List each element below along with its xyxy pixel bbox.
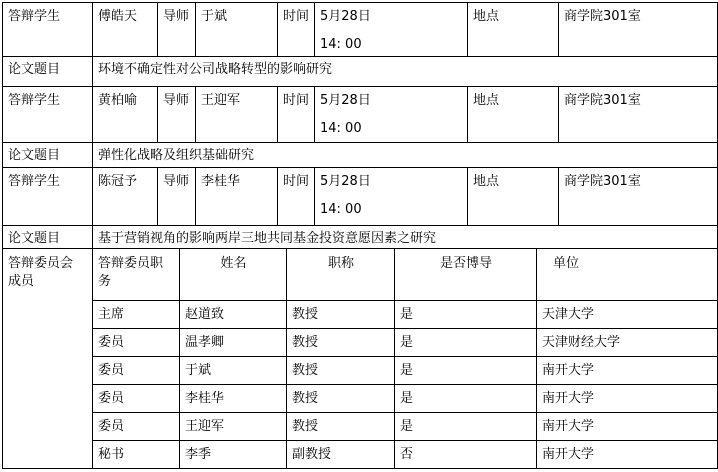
advisor-name: 王迎军	[196, 87, 278, 143]
member-doctoral: 是	[395, 301, 537, 329]
advisor-name: 于斌	[196, 3, 278, 57]
member-unit: 南开大学	[537, 413, 718, 441]
member-doctoral: 是	[395, 413, 537, 441]
location-label: 地点	[468, 168, 559, 226]
location-label: 地点	[468, 3, 559, 57]
advisor-label: 导师	[158, 3, 196, 57]
member-role: 主席	[93, 301, 180, 329]
member-name: 李桂华	[180, 385, 287, 413]
time-value: 5月28日 14: 00	[315, 168, 468, 226]
member-unit: 南开大学	[537, 385, 718, 413]
student-name: 傅皓天	[93, 3, 158, 57]
member-role: 委员	[93, 413, 180, 441]
student-row-1: 答辩学生 傅皓天 导师 于斌 时间 5月28日 14: 00 地点 商学院301…	[3, 3, 718, 57]
member-name: 李季	[180, 441, 287, 469]
student-name: 陈冠予	[93, 168, 158, 226]
committee-member-row: 委员 温孝卿 教授 是 天津财经大学	[93, 329, 718, 357]
member-title: 教授	[287, 385, 395, 413]
member-doctoral: 是	[395, 329, 537, 357]
advisor-name: 李桂华	[196, 168, 278, 226]
member-title: 教授	[287, 301, 395, 329]
member-unit: 天津大学	[537, 301, 718, 329]
member-doctoral: 是	[395, 385, 537, 413]
member-doctoral: 否	[395, 441, 537, 469]
committee-member-row: 委员 于斌 教授 是 南开大学	[93, 357, 718, 385]
committee-member-row: 主席 赵道致 教授 是 天津大学	[93, 301, 718, 329]
defense-schedule-table: 答辩学生 傅皓天 导师 于斌 时间 5月28日 14: 00 地点 商学院301…	[2, 2, 718, 469]
thesis-label: 论文题目	[3, 57, 93, 87]
committee-section: 答辩委员会 成员 答辩委员职 务 姓名 职称 是否博导 单位 主席 赵道致 教授…	[3, 249, 718, 469]
location-label: 地点	[468, 87, 559, 143]
thesis-title: 环境不确定性对公司战略转型的影响研究	[93, 57, 718, 87]
location-value: 商学院301室	[559, 87, 718, 143]
member-title: 教授	[287, 413, 395, 441]
student-row-2: 答辩学生 黄柏喻 导师 王迎军 时间 5月28日 14: 00 地点 商学院30…	[3, 87, 718, 143]
time-value: 5月28日 14: 00	[315, 87, 468, 143]
member-unit: 天津财经大学	[537, 329, 718, 357]
header-name: 姓名	[180, 249, 287, 301]
time-value: 5月28日 14: 00	[315, 3, 468, 57]
location-value: 商学院301室	[559, 168, 718, 226]
header-doctoral: 是否博导	[395, 249, 537, 301]
member-role: 委员	[93, 329, 180, 357]
member-unit: 南开大学	[537, 441, 718, 469]
student-label: 答辩学生	[3, 168, 93, 226]
member-name: 温孝卿	[180, 329, 287, 357]
advisor-label: 导师	[158, 168, 196, 226]
header-unit: 单位	[537, 249, 718, 301]
thesis-row-1: 论文题目 环境不确定性对公司战略转型的影响研究	[3, 57, 718, 87]
member-name: 赵道致	[180, 301, 287, 329]
page: 答辩学生 傅皓天 导师 于斌 时间 5月28日 14: 00 地点 商学院301…	[0, 0, 718, 472]
committee-member-row: 委员 李桂华 教授 是 南开大学	[93, 385, 718, 413]
student-name: 黄柏喻	[93, 87, 158, 143]
time-label: 时间	[278, 87, 315, 143]
member-doctoral: 是	[395, 357, 537, 385]
thesis-title: 基于营销视角的影响两岸三地共同基金投资意愿因素之研究	[93, 226, 718, 249]
thesis-label: 论文题目	[3, 143, 93, 168]
member-name: 王迎军	[180, 413, 287, 441]
committee-table: 答辩委员职 务 姓名 职称 是否博导 单位 主席 赵道致 教授 是 天津大学 委…	[93, 249, 718, 469]
committee-member-row: 秘书 李季 副教授 否 南开大学	[93, 441, 718, 469]
committee-header-row: 答辩委员职 务 姓名 职称 是否博导 单位	[93, 249, 718, 301]
member-role: 秘书	[93, 441, 180, 469]
member-name: 于斌	[180, 357, 287, 385]
member-unit: 南开大学	[537, 357, 718, 385]
member-role: 委员	[93, 385, 180, 413]
advisor-label: 导师	[158, 87, 196, 143]
committee-label: 答辩委员会 成员	[3, 249, 93, 469]
student-label: 答辩学生	[3, 3, 93, 57]
time-label: 时间	[278, 168, 315, 226]
thesis-label: 论文题目	[3, 226, 93, 249]
thesis-row-3: 论文题目 基于营销视角的影响两岸三地共同基金投资意愿因素之研究	[3, 226, 718, 249]
header-role: 答辩委员职 务	[93, 249, 180, 301]
thesis-row-2: 论文题目 弹性化战略及组织基础研究	[3, 143, 718, 168]
member-title: 副教授	[287, 441, 395, 469]
student-row-3: 答辩学生 陈冠予 导师 李桂华 时间 5月28日 14: 00 地点 商学院30…	[3, 168, 718, 226]
member-title: 教授	[287, 329, 395, 357]
member-role: 委员	[93, 357, 180, 385]
thesis-title: 弹性化战略及组织基础研究	[93, 143, 718, 168]
location-value: 商学院301室	[559, 3, 718, 57]
student-label: 答辩学生	[3, 87, 93, 143]
time-label: 时间	[278, 3, 315, 57]
member-title: 教授	[287, 357, 395, 385]
committee-member-row: 委员 王迎军 教授 是 南开大学	[93, 413, 718, 441]
header-title: 职称	[287, 249, 395, 301]
